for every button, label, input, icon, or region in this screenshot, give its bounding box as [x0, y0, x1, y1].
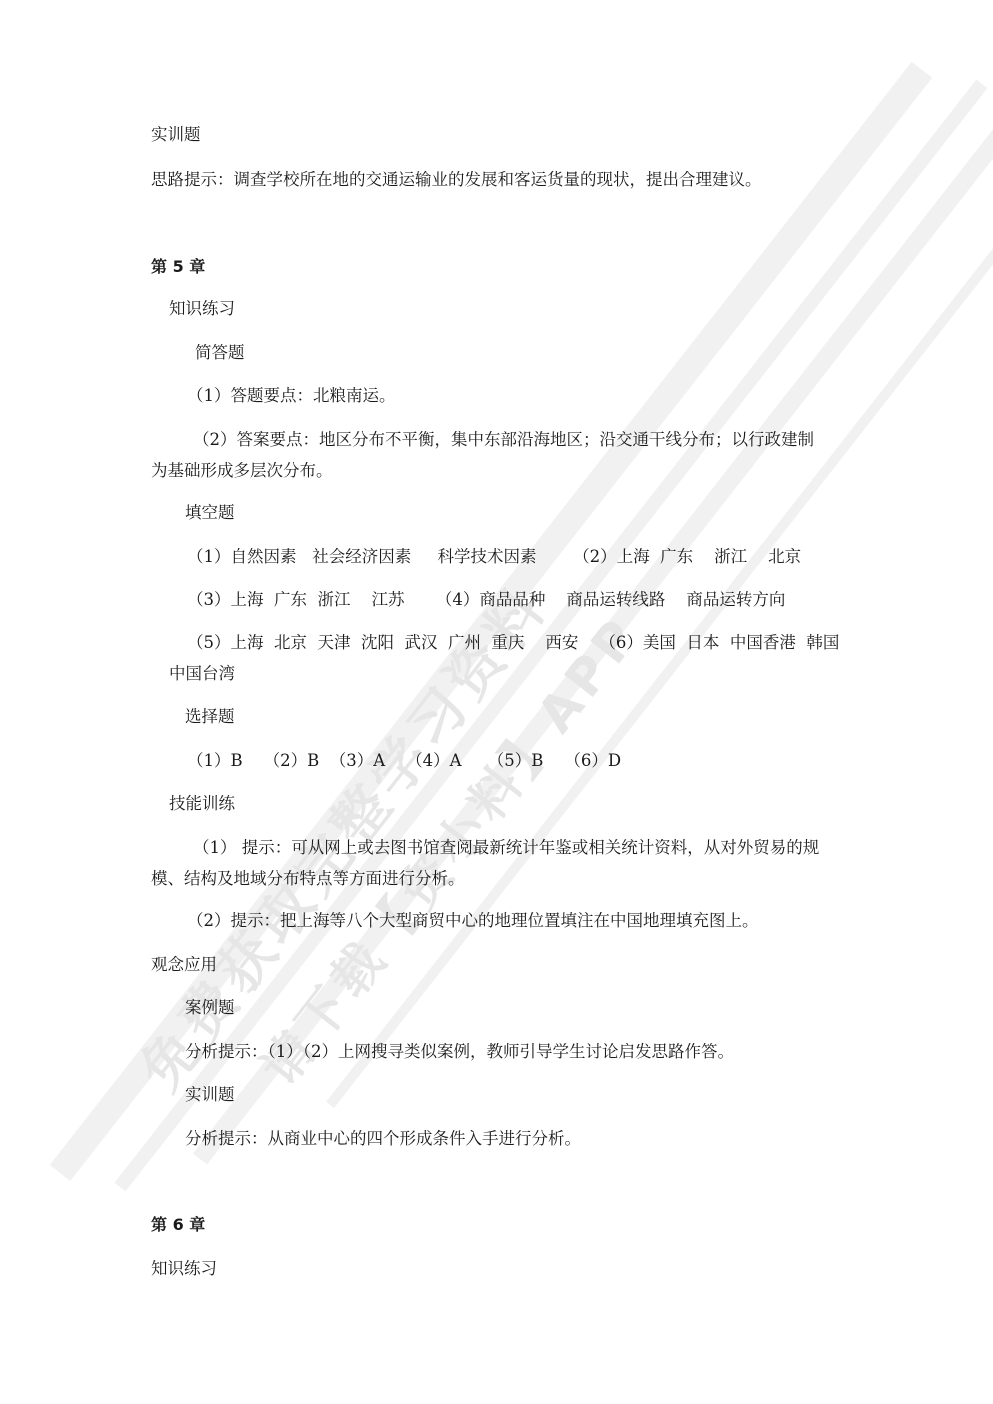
concept-application-title: 观念应用 [151, 950, 217, 980]
case-study-title: 案例题 [185, 993, 235, 1023]
case-study-hint: 分析提示：（1）（2）上网搜寻类似案例，教师引导学生讨论启发思路作答。 [185, 1037, 734, 1067]
choice-answers: （1）B （2）B （3）A （4）A （5）B （6）D [187, 746, 621, 776]
fill-blank-row-3-line1: （5）上海 北京 天津 沈阳 武汉 广州 重庆 西安 （6）美国 日本 中国香港… [187, 628, 839, 658]
fill-blank-row-1: （1）自然因素 社会经济因素 科学技术因素 （2）上海 广东 浙江 北京 [187, 542, 801, 572]
short-answer-item-2: （2）答案要点：地区分布不平衡，集中东部沿海地区；沿交通干线分布；以行政建制 为… [151, 424, 846, 486]
fill-blank-title: 填空题 [185, 498, 235, 528]
skills-item-1: （1） 提示：可从网上或去图书馆查阅最新统计年鉴或相关统计资料，从对外贸易的规 … [151, 832, 846, 894]
short-answer-title: 简答题 [195, 338, 245, 368]
fill-blank-row-2: （3）上海 广东 浙江 江苏 （4）商品品种 商品运转线路 商品运转方向 [187, 585, 785, 615]
practice-title-2: 实训题 [185, 1080, 235, 1110]
short-answer-item-2-line2: 为基础形成多层次分布。 [151, 455, 846, 486]
chapter-6-title: 第 6 章 [151, 1210, 205, 1240]
fill-blank-row-3-line2: 中国台湾 [169, 659, 235, 689]
choice-title: 选择题 [185, 702, 235, 732]
skills-item-1-line1: （1） 提示：可从网上或去图书馆查阅最新统计年鉴或相关统计资料，从对外贸易的规 [151, 832, 846, 863]
practice-hint: 思路提示：调查学校所在地的交通运输业的发展和客运货量的现状，提出合理建议。 [151, 165, 762, 195]
watermark: 免费获取完整学习资料 请下载【资小料】APP [0, 0, 993, 1404]
short-answer-item-1: （1）答题要点：北粮南运。 [187, 381, 396, 411]
practice-hint-2: 分析提示：从商业中心的四个形成条件入手进行分析。 [185, 1124, 581, 1154]
knowledge-practice-title: 知识练习 [169, 294, 235, 324]
watermark-streak [50, 62, 932, 1181]
skills-item-2: （2）提示：把上海等八个大型商贸中心的地理位置填注在中国地理填充图上。 [187, 906, 759, 936]
short-answer-item-2-line1: （2）答案要点：地区分布不平衡，集中东部沿海地区；沿交通干线分布；以行政建制 [151, 424, 846, 455]
skills-training-title: 技能训练 [169, 789, 235, 819]
chapter-6-knowledge-title: 知识练习 [151, 1254, 217, 1284]
chapter-5-title: 第 5 章 [151, 252, 205, 282]
skills-item-1-line2: 模、结构及地域分布特点等方面进行分析。 [151, 863, 846, 894]
practice-title: 实训题 [151, 120, 201, 150]
